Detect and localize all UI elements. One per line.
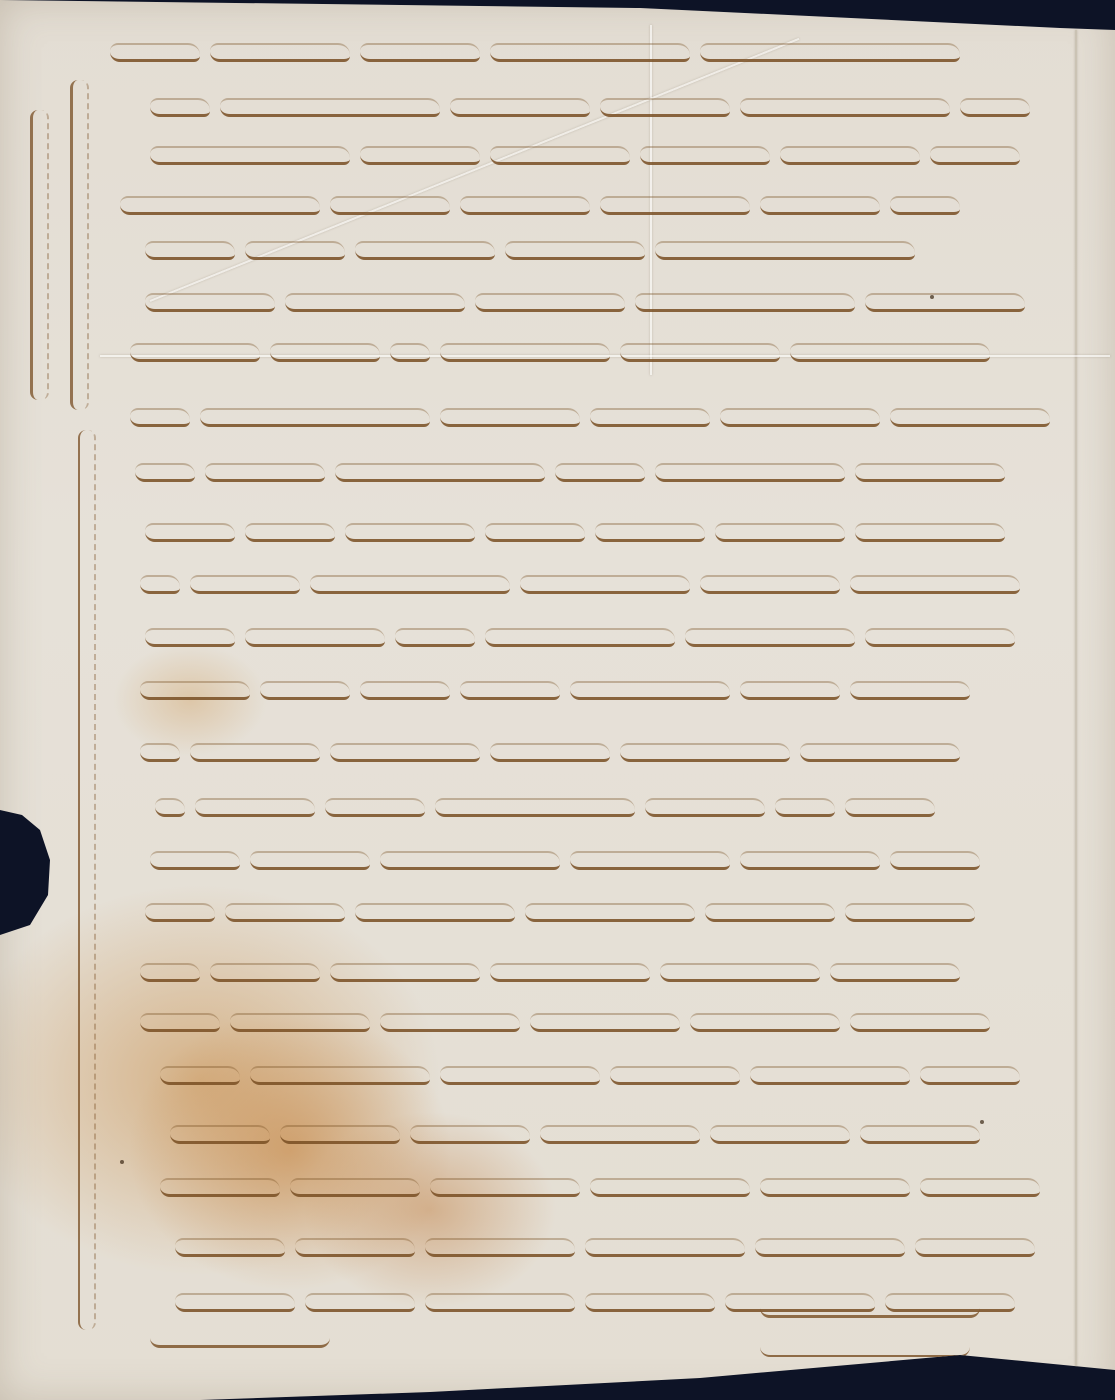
ink-speck — [930, 295, 934, 299]
manuscript-line — [145, 625, 1015, 649]
manuscript-line — [150, 143, 1020, 167]
ink-speck — [120, 1160, 124, 1164]
signature-line-2 — [760, 1295, 980, 1318]
manuscript-line — [135, 460, 1005, 484]
manuscript-line — [160, 1063, 1020, 1087]
crease-diagonal — [150, 38, 800, 302]
manuscript-line — [145, 290, 1025, 314]
manuscript-line — [150, 848, 980, 872]
manuscript-line — [175, 1235, 1035, 1259]
manuscript-line — [130, 405, 1050, 429]
fold-line-right-edge — [1075, 30, 1077, 1370]
manuscript-line — [155, 795, 935, 819]
manuscript-line — [140, 678, 970, 702]
manuscript-line — [140, 960, 960, 984]
manuscript-line — [145, 900, 975, 924]
manuscript-line — [170, 1122, 980, 1146]
paper-sheet — [0, 0, 1115, 1400]
signature-line-3 — [760, 1335, 970, 1357]
manuscript-line — [145, 520, 1005, 544]
closing-line-1 — [150, 1325, 330, 1348]
margin-note-outer — [30, 110, 49, 400]
manuscript-line — [140, 740, 960, 764]
manuscript-line — [140, 1010, 990, 1034]
manuscript-line — [130, 340, 990, 364]
margin-note-inner — [78, 430, 96, 1330]
manuscript-line — [110, 40, 960, 64]
manuscript-line — [140, 572, 1020, 596]
manuscript-line — [150, 95, 1030, 119]
manuscript-line — [160, 1175, 1040, 1199]
manuscript-line — [120, 193, 960, 217]
manuscript-line — [145, 238, 915, 262]
ink-speck — [980, 1120, 984, 1124]
manuscript-photo — [0, 0, 1115, 1400]
margin-note-inner-top — [70, 80, 89, 410]
